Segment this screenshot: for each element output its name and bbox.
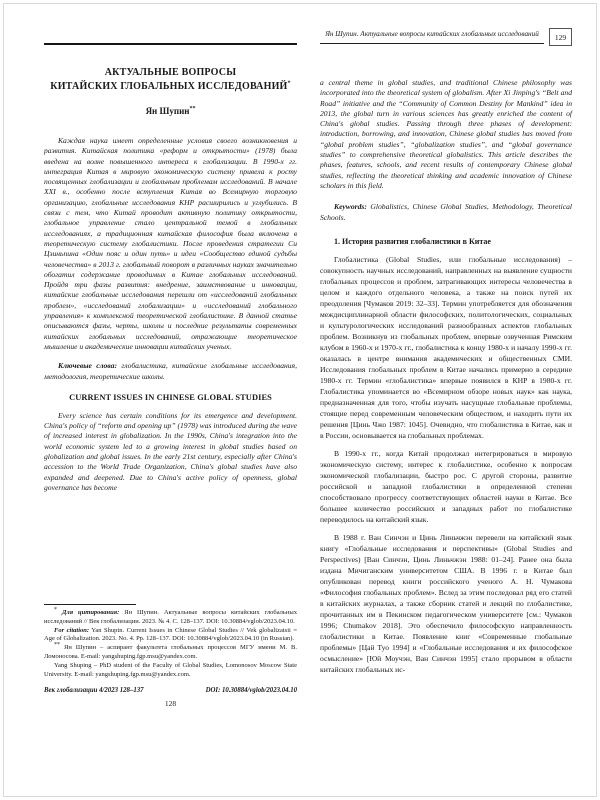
abstract-russian: Каждая наука имеет определенные условия … — [44, 136, 297, 352]
article-title: АКТУАЛЬНЫЕ ВОПРОСЫ КИТАЙСКИХ ГЛОБАЛЬНЫХ … — [44, 66, 297, 93]
english-title: CURRENT ISSUES IN CHINESE GLOBAL STUDIES — [44, 393, 297, 402]
footnote1-marker: * — [54, 607, 57, 613]
journal-spread-scan: { "colors": { "ink": "#1a1a1a", "paper":… — [0, 0, 600, 800]
article-title-line2: КИТАЙСКИХ ГЛОБАЛЬНЫХ ИССЛЕДОВАНИЙ* — [44, 80, 297, 94]
abstract-english: Every science has certain conditions for… — [44, 411, 297, 493]
footnote-rule — [44, 604, 136, 605]
right-page: Ян Шупин. Актуальные вопросы китайских г… — [320, 0, 572, 800]
keywords-english: Keywords: Globalistics, Chinese Global S… — [320, 202, 572, 223]
footnote-citation-ru: * Для цитирования: Ян Шупин. Актуальные … — [44, 609, 297, 627]
running-header-text: Ян Шупин. Актуальные вопросы китайских г… — [320, 30, 544, 44]
footnote-author-en: Yang Shuping – PhD student of the Facult… — [44, 662, 297, 680]
journal-footer: Век глобализации 4/2023 128–137 DOI: 10.… — [44, 687, 297, 694]
footnote3-marker: ** — [54, 642, 60, 648]
running-header: Ян Шупин. Актуальные вопросы китайских г… — [320, 30, 572, 46]
body-paragraph-1: Глобалистика (Global Studies, или глобал… — [320, 254, 572, 441]
journal-footer-issue: Век глобализации 4/2023 128–137 — [44, 687, 144, 694]
body-paragraph-2: В 1990-х гг., когда Китай продолжал инте… — [320, 448, 572, 525]
author-name: Ян Шупин** — [44, 106, 297, 116]
keywords-english-label: Keywords: — [334, 202, 367, 211]
keywords-russian-label: Ключевые слова: — [58, 361, 117, 370]
abstract-english-continued: a central theme in global studies, and t… — [320, 78, 572, 191]
footnote1-label: Для цитирования: — [62, 609, 119, 616]
header-rule — [44, 43, 297, 45]
body-paragraph-3: В 1988 г. Ван Синчэн и Цинь Линьчжэн пер… — [320, 532, 572, 675]
footnote3-text: Ян Шупин – аспирант факультета глобальны… — [44, 644, 297, 660]
article-title-line2-text: КИТАЙСКИХ ГЛОБАЛЬНЫХ ИССЛЕДОВАНИЙ — [50, 81, 287, 92]
footnote2-label: For citation: — [54, 627, 89, 634]
left-page: АКТУАЛЬНЫЕ ВОПРОСЫ КИТАЙСКИХ ГЛОБАЛЬНЫХ … — [44, 0, 297, 800]
section-heading: 1. История развития глобалистики в Китае — [334, 237, 572, 246]
author-footnote-marker: ** — [189, 106, 195, 112]
left-page-body: АКТУАЛЬНЫЕ ВОПРОСЫ КИТАЙСКИХ ГЛОБАЛЬНЫХ … — [44, 0, 297, 493]
footnote-block: * Для цитирования: Ян Шупин. Актуальные … — [44, 604, 297, 708]
page-number-left: 128 — [44, 699, 297, 708]
footnote-author-ru: ** Ян Шупин – аспирант факультета глобал… — [44, 644, 297, 662]
article-title-line1: АКТУАЛЬНЫЕ ВОПРОСЫ — [44, 66, 297, 80]
title-footnote-marker: * — [288, 80, 291, 86]
right-page-body: a central theme in global studies, and t… — [320, 0, 572, 675]
author-name-text: Ян Шупин — [146, 106, 190, 116]
footnote-citation-en: For citation: Yan Shupin. Current Issues… — [44, 627, 297, 645]
journal-footer-doi: DOI: 10.30884/vglob/2023.04.10 — [206, 687, 297, 694]
keywords-russian: Ключевые слова: глобалистика, китайские … — [44, 361, 297, 382]
page-number-box: 129 — [549, 28, 572, 46]
